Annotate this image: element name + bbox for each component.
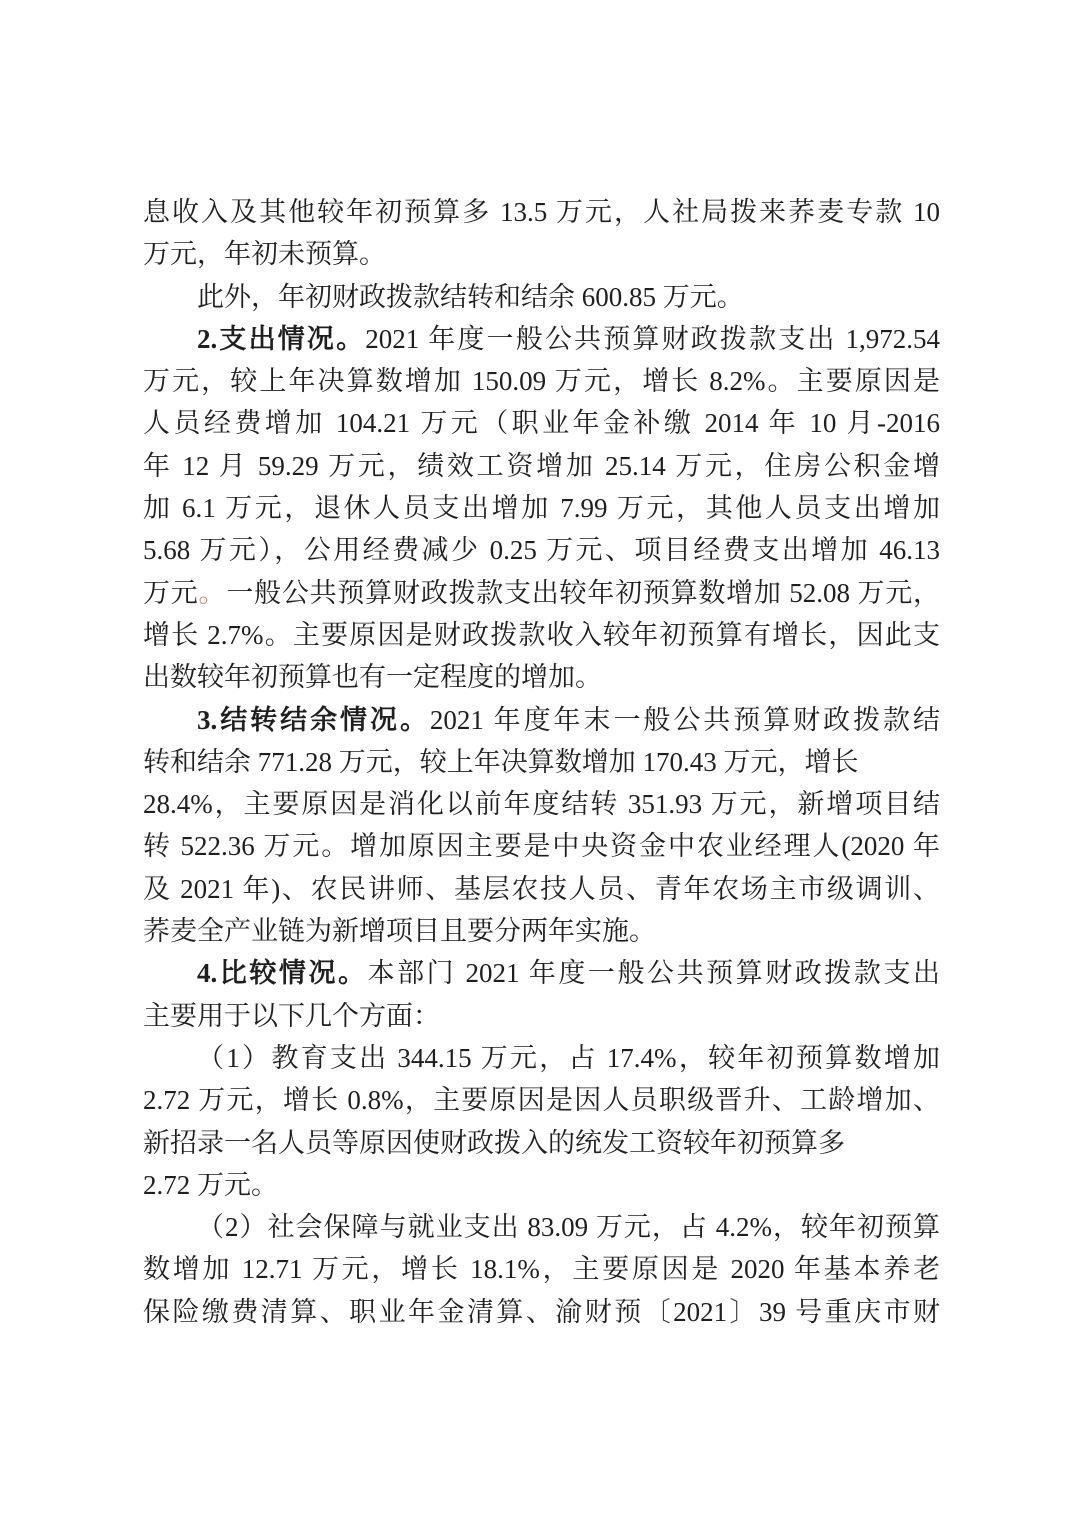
document-text-block: 息收入及其他较年初预算多 13.5 万元，人社局拨来荞麦专款 10万元，年初未预… (143, 191, 940, 1333)
text-run: 2021 年度一般公共预算财政拨款支出 1,972.54 (365, 324, 940, 354)
text-run: 保险缴费清算、职业年金清算、渝财预〔2021〕39 号重庆市财 (143, 1297, 940, 1327)
text-run: 息收入及其他较年初预算多 13.5 万元，人社局拨来荞麦专款 10 (143, 197, 940, 227)
text-run: （2）社会保障与就业支出 83.09 万元，占 4.2%，较年初预算 (197, 1212, 940, 1242)
text-line: 荞麦全产业链为新增项目且要分两年实施。 (143, 910, 940, 952)
text-run: 3.结转结余情况。 (197, 705, 430, 735)
text-line: 出数较年初预算也有一定程度的增加。 (143, 656, 940, 698)
text-run: 转和结余 771.28 万元，较上年决算数增加 170.43 万元，增长 (143, 747, 859, 777)
text-line: 5.68 万元），公用经费减少 0.25 万元、项目经费支出增加 46.13 (143, 529, 940, 571)
text-run: 增长 2.7%。主要原因是财政拨款收入较年初预算有增长，因此支 (143, 620, 940, 650)
text-run: 主要用于以下几个方面： (143, 1001, 440, 1031)
text-run: 一般公共预算财政拨款支出较年初预算数增加 52.08 万元， (226, 578, 940, 608)
text-line: 3.结转结余情况。2021 年度年末一般公共预算财政拨款结 (143, 699, 940, 741)
text-line: 2.72 万元，增长 0.8%，主要原因是因人员职级晋升、工龄增加、 (143, 1079, 940, 1121)
text-run: 年 12 月 59.29 万元，绩效工资增加 25.14 万元，住房公积金增 (143, 451, 940, 481)
text-line: 万元。一般公共预算财政拨款支出较年初预算数增加 52.08 万元， (143, 572, 940, 614)
text-line: （1）教育支出 344.15 万元，占 17.4%，较年初预算数增加 (143, 1037, 940, 1079)
text-run: 万元，较上年决算数增加 150.09 万元，增长 8.2%。主要原因是 (143, 366, 940, 396)
text-run: 万元，年初未预算。 (143, 239, 386, 269)
text-line: 加 6.1 万元，退休人员支出增加 7.99 万元，其他人员支出增加 (143, 487, 940, 529)
text-run: 28.4%，主要原因是消化以前年度结转 351.93 万元，新增项目结 (143, 789, 940, 819)
text-run: 2.支出情况。 (197, 324, 365, 354)
text-line: 数增加 12.71 万元，增长 18.1%，主要原因是 2020 年基本养老 (143, 1248, 940, 1290)
text-run: 及 2021 年)、农民讲师、基层农技人员、青年农场主市级调训、 (143, 874, 940, 904)
text-line: 此外，年初财政拨款结转和结余 600.85 万元。 (143, 276, 940, 318)
text-line: 万元，较上年决算数增加 150.09 万元，增长 8.2%。主要原因是 (143, 360, 940, 402)
text-run: 新招录一名人员等原因使财政拨入的统发工资较年初预算多 (143, 1128, 845, 1158)
text-run: 本部门 2021 年度一般公共预算财政拨款支出 (368, 958, 940, 988)
text-line: 万元，年初未预算。 (143, 233, 940, 275)
text-run: 5.68 万元），公用经费减少 0.25 万元、项目经费支出增加 46.13 (143, 535, 940, 565)
text-run: 数增加 12.71 万元，增长 18.1%，主要原因是 2020 年基本养老 (143, 1254, 940, 1284)
text-run: 此外，年初财政拨款结转和结余 600.85 万元。 (197, 282, 744, 312)
text-line: （2）社会保障与就业支出 83.09 万元，占 4.2%，较年初预算 (143, 1206, 940, 1248)
text-run: 。 (199, 578, 227, 608)
text-run: 2.72 万元，增长 0.8%，主要原因是因人员职级晋升、工龄增加、 (143, 1085, 940, 1115)
text-line: 2.72 万元。 (143, 1164, 940, 1206)
text-line: 息收入及其他较年初预算多 13.5 万元，人社局拨来荞麦专款 10 (143, 191, 940, 233)
document-page: 息收入及其他较年初预算多 13.5 万元，人社局拨来荞麦专款 10万元，年初未预… (0, 0, 1074, 1520)
text-run: 4.比较情况。 (197, 958, 368, 988)
text-line: 转 522.36 万元。增加原因主要是中央资金中农业经理人(2020 年 (143, 825, 940, 867)
text-line: 转和结余 771.28 万元，较上年决算数增加 170.43 万元，增长 (143, 741, 940, 783)
text-line: 年 12 月 59.29 万元，绩效工资增加 25.14 万元，住房公积金增 (143, 445, 940, 487)
text-run: 转 522.36 万元。增加原因主要是中央资金中农业经理人(2020 年 (143, 831, 940, 861)
text-line: 及 2021 年)、农民讲师、基层农技人员、青年农场主市级调训、 (143, 868, 940, 910)
text-run: 2.72 万元。 (143, 1170, 278, 1200)
text-line: 保险缴费清算、职业年金清算、渝财预〔2021〕39 号重庆市财 (143, 1291, 940, 1333)
text-line: 主要用于以下几个方面： (143, 995, 940, 1037)
text-line: 28.4%，主要原因是消化以前年度结转 351.93 万元，新增项目结 (143, 783, 940, 825)
text-run: 人员经费增加 104.21 万元（职业年金补缴 2014 年 10 月-2016 (143, 408, 940, 438)
text-run: 出数较年初预算也有一定程度的增加。 (143, 662, 602, 692)
text-run: 2021 年度年末一般公共预算财政拨款结 (430, 705, 940, 735)
text-line: 2.支出情况。2021 年度一般公共预算财政拨款支出 1,972.54 (143, 318, 940, 360)
text-line: 增长 2.7%。主要原因是财政拨款收入较年初预算有增长，因此支 (143, 614, 940, 656)
text-line: 新招录一名人员等原因使财政拨入的统发工资较年初预算多 (143, 1122, 940, 1164)
text-run: 加 6.1 万元，退休人员支出增加 7.99 万元，其他人员支出增加 (143, 493, 940, 523)
text-line: 4.比较情况。本部门 2021 年度一般公共预算财政拨款支出 (143, 952, 940, 994)
text-line: 人员经费增加 104.21 万元（职业年金补缴 2014 年 10 月-2016 (143, 402, 940, 444)
text-run: （1）教育支出 344.15 万元，占 17.4%，较年初预算数增加 (197, 1043, 940, 1073)
text-run: 万元 (143, 578, 199, 608)
text-run: 荞麦全产业链为新增项目且要分两年实施。 (143, 916, 656, 946)
